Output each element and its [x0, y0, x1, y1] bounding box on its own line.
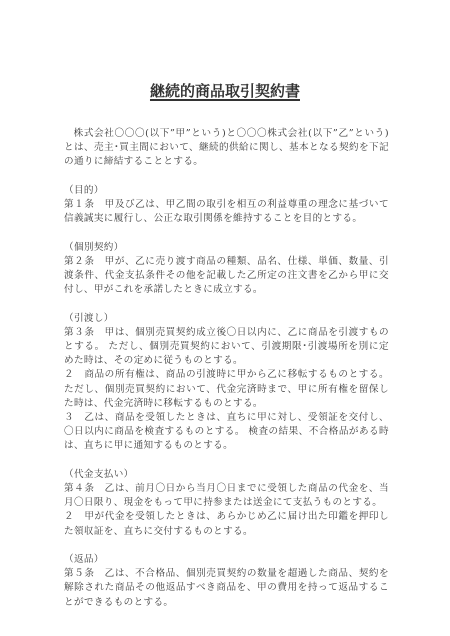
document-page: 継続的商品取引契約書 株式会社〇〇〇(以下”甲”という)と〇〇〇株式会社(以下”…: [0, 0, 450, 636]
article-5-paragraph-1: 第５条 乙は、不合格品、個別売買契約の数量を超過した商品、契約を解除された商品そ…: [64, 567, 389, 610]
article-1-paragraph-1: 第１条 甲及び乙は、甲乙間の取引を相互の利益尊重の理念に基づいて信義誠実に履行し…: [64, 198, 389, 226]
article-3-paragraph-1: 第３条 甲は、個別売買契約成立後〇日以内に、乙に商品を引渡すものとする。 ただし…: [64, 326, 389, 369]
article-2-paragraph-1: 第２条 甲が、乙に売り渡す商品の種類、品名、仕様、単価、数量、引渡条件、代金支払…: [64, 255, 389, 298]
article-3-heading: （引渡し）: [64, 312, 389, 326]
article-3-paragraph-2: ２ 商品の所有権は、商品の引渡時に甲から乙に移転するものとする。 ただし、個別売…: [64, 368, 389, 411]
spacer: [64, 454, 389, 468]
article-2-heading: （個別契約）: [64, 241, 389, 255]
article-1-heading: （目的）: [64, 184, 389, 198]
intro-paragraph: 株式会社〇〇〇(以下”甲”という)と〇〇〇株式会社(以下”乙”という)とは、売主…: [64, 127, 389, 170]
article-4-heading: （代金支払い）: [64, 468, 389, 482]
document-title-text: 継続的商品取引契約書: [150, 82, 300, 100]
document-title: 継続的商品取引契約書: [0, 80, 450, 101]
spacer: [64, 226, 389, 240]
article-4-paragraph-2: ２ 甲が代金を受領したときは、あらかじめ乙に届け出た印鑑を押印した領収証を、直ち…: [64, 510, 389, 538]
document-body: 株式会社〇〇〇(以下”甲”という)と〇〇〇株式会社(以下”乙”という)とは、売主…: [64, 127, 389, 610]
spacer: [64, 539, 389, 553]
spacer: [64, 297, 389, 311]
spacer: [64, 170, 389, 184]
article-3-paragraph-3: ３ 乙は、商品を受領したときは、直ちに甲に対し、受領証を交付し、〇日以内に商品を…: [64, 411, 389, 454]
article-5-heading: （返品）: [64, 553, 389, 567]
article-4-paragraph-1: 第４条 乙は、前月〇日から当月〇日までに受領した商品の代金を、当月〇日限り、現金…: [64, 482, 389, 510]
